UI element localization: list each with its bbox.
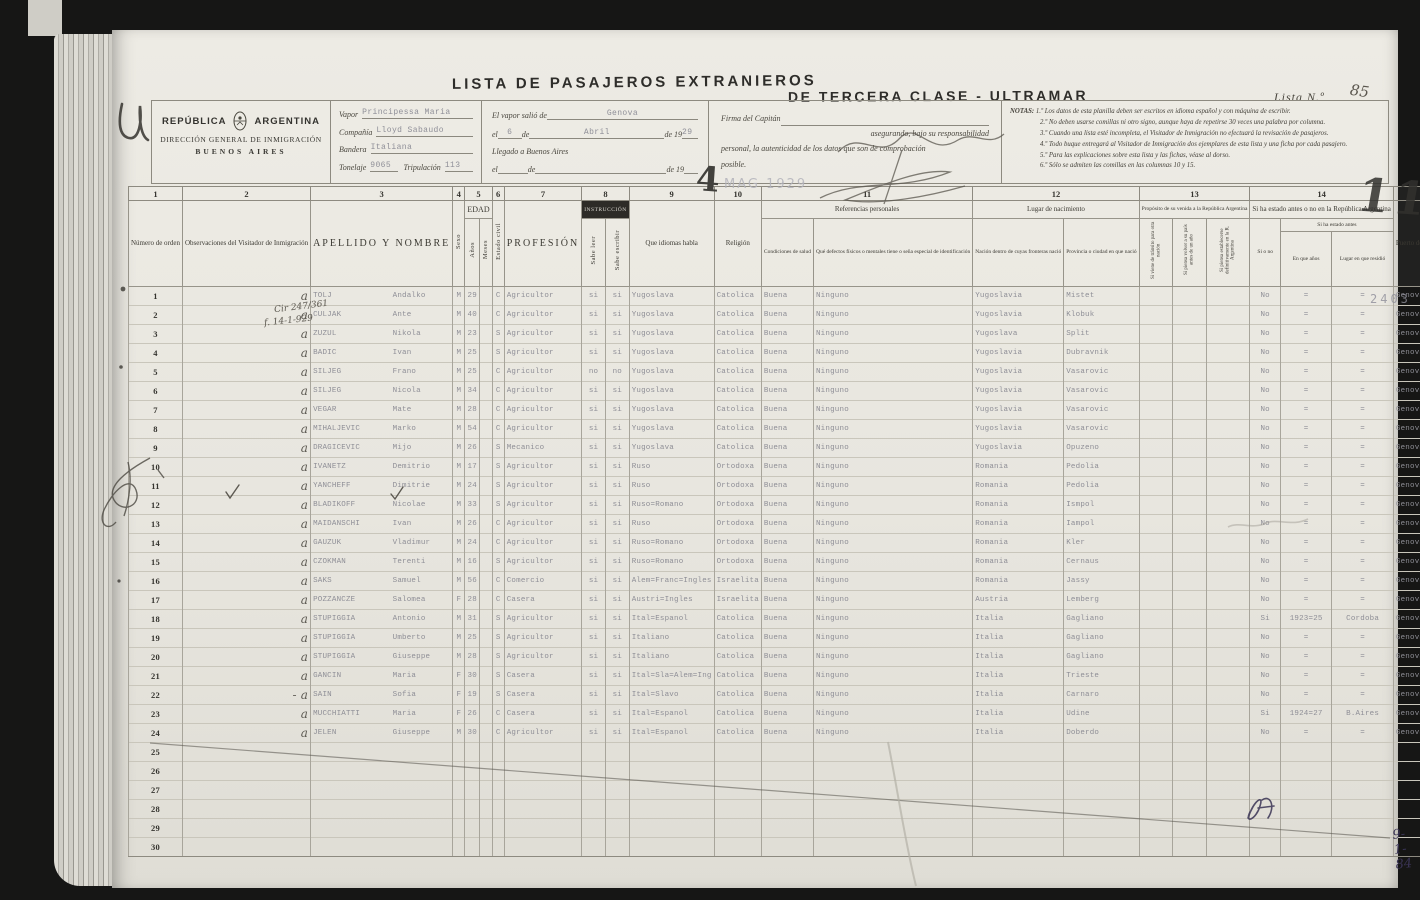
nation-cell: Italia — [973, 724, 1064, 743]
religion-cell — [714, 800, 761, 819]
writes-cell: si — [605, 610, 629, 629]
writes-cell: si — [605, 515, 629, 534]
civil-status-cell: S — [492, 648, 504, 667]
age-years-cell: 25 — [465, 363, 480, 382]
reads-cell: si — [582, 553, 606, 572]
bandera-value: Italiana — [371, 143, 473, 154]
health-cell: Buena — [761, 477, 813, 496]
age-years-cell: 16 — [465, 553, 480, 572]
given-name: Ante — [393, 311, 451, 319]
embark-port-cell: Genova — [1393, 439, 1420, 458]
place-resided-cell — [1332, 762, 1394, 781]
given-name: Maria — [393, 672, 451, 680]
header-meses: Meses — [480, 219, 493, 287]
religion-cell: Catolica — [714, 648, 761, 667]
nation-cell: Yugoslavia — [973, 420, 1064, 439]
purpose-transit-cell — [1139, 610, 1173, 629]
profession-cell: Agricultor — [504, 477, 581, 496]
reads-cell: si — [582, 724, 606, 743]
given-name: Andalko — [393, 292, 451, 300]
purpose-settle-cell — [1206, 762, 1250, 781]
religion-cell: Catolica — [714, 306, 761, 325]
age-months-cell — [480, 686, 493, 705]
sex-cell: M — [453, 382, 465, 401]
sex-cell — [453, 762, 465, 781]
visitor-mark-cell: a — [182, 325, 310, 344]
surname: DRAGICEVIC — [313, 444, 393, 452]
colnum-8: 8 — [582, 187, 629, 201]
header-salud: Condiciones de salud — [761, 219, 813, 287]
languages-cell: Ruso — [629, 458, 714, 477]
header-estado-civil: Estado civil — [492, 201, 504, 287]
been-before-cell: No — [1250, 629, 1281, 648]
reads-cell: si — [582, 515, 606, 534]
vapor-label: Vapor — [339, 110, 358, 119]
profession-cell — [504, 762, 581, 781]
profession-cell — [504, 781, 581, 800]
defects-cell: Ninguno — [813, 629, 972, 648]
been-before-cell: No — [1250, 572, 1281, 591]
purpose-settle-cell — [1206, 610, 1250, 629]
nation-cell: Austria — [973, 591, 1064, 610]
religion-cell: Catolica — [714, 610, 761, 629]
row-number-left: 23 — [129, 705, 183, 724]
purpose-settle-cell — [1206, 648, 1250, 667]
age-months-cell — [480, 591, 493, 610]
languages-cell — [629, 743, 714, 762]
health-cell: Buena — [761, 610, 813, 629]
been-before-cell: No — [1250, 325, 1281, 344]
age-months-cell — [480, 477, 493, 496]
languages-cell: Yugoslava — [629, 344, 714, 363]
tripulacion-label: Tripulación — [403, 163, 440, 172]
table-row: 9 a DRAGICEVIC Mijo M 26 S Mecanico si s… — [129, 439, 1420, 458]
embark-port-cell: Genova — [1393, 363, 1420, 382]
years-before-cell: = — [1280, 401, 1331, 420]
years-before-cell — [1280, 819, 1331, 838]
defects-cell: Ninguno — [813, 572, 972, 591]
purpose-settle-cell — [1206, 325, 1250, 344]
age-months-cell — [480, 819, 493, 838]
name-cell — [311, 819, 453, 838]
purpose-transit-cell — [1139, 667, 1173, 686]
age-months-cell — [480, 743, 493, 762]
health-cell — [761, 838, 813, 857]
birth-city-cell: Vasarovic — [1064, 401, 1139, 420]
embark-port-cell: Genova — [1393, 724, 1420, 743]
nation-cell: Italia — [973, 629, 1064, 648]
purpose-transit-cell — [1139, 591, 1173, 610]
purpose-settle-cell — [1206, 553, 1250, 572]
birth-city-cell: Ismpol — [1064, 496, 1139, 515]
years-before-cell: = — [1280, 724, 1331, 743]
place-resided-cell: = — [1332, 572, 1394, 591]
vapor-value: Principessa Maria — [362, 108, 473, 119]
purpose-transit-cell — [1139, 838, 1173, 857]
purpose-return-cell — [1173, 287, 1207, 306]
years-before-cell: = — [1280, 534, 1331, 553]
visitor-mark-cell: a — [182, 477, 310, 496]
nation-cell: Yugoslavia — [973, 401, 1064, 420]
birth-city-cell: Opuzeno — [1064, 439, 1139, 458]
book-page-edges — [54, 34, 114, 886]
given-name: Sofia — [393, 691, 451, 699]
been-before-cell: No — [1250, 306, 1281, 325]
reads-cell: si — [582, 686, 606, 705]
religion-cell: Catolica — [714, 629, 761, 648]
header-edad: EDAD — [465, 201, 492, 219]
age-months-cell — [480, 800, 493, 819]
defects-cell: Ninguno — [813, 553, 972, 572]
profession-cell: Casera — [504, 686, 581, 705]
purpose-transit-cell — [1139, 572, 1173, 591]
purpose-settle-cell — [1206, 838, 1250, 857]
years-before-cell: = — [1280, 477, 1331, 496]
writes-cell: no — [605, 363, 629, 382]
defects-cell: Ninguno — [813, 534, 972, 553]
purpose-settle-cell — [1206, 401, 1250, 420]
visitor-mark-cell: a — [182, 648, 310, 667]
age-years-cell — [465, 800, 480, 819]
languages-cell: Ital=Sla=Alem=Ing — [629, 667, 714, 686]
sex-cell: M — [453, 629, 465, 648]
years-before-cell: = — [1280, 629, 1331, 648]
place-resided-cell — [1332, 781, 1394, 800]
civil-status-cell: C — [492, 572, 504, 591]
nation-cell: Italia — [973, 667, 1064, 686]
table-row: 16 a SAKS Samuel M 56 C Comercio si si A… — [129, 572, 1420, 591]
reads-cell: si — [582, 401, 606, 420]
languages-cell: Alem=Franc=Ingles — [629, 572, 714, 591]
name-cell: STUPIGGIA Giuseppe — [311, 648, 453, 667]
embark-port-cell — [1393, 781, 1420, 800]
place-resided-cell: = — [1332, 363, 1394, 382]
languages-cell: Ital=Slavo — [629, 686, 714, 705]
purpose-return-cell — [1173, 800, 1207, 819]
lista-number-value-handwritten: 85 — [1349, 81, 1370, 101]
visitor-mark-cell: a — [182, 610, 310, 629]
embark-port-cell: Genova — [1393, 648, 1420, 667]
birth-city-cell: Cernaus — [1064, 553, 1139, 572]
given-name: Giuseppe — [393, 729, 451, 737]
surname: STUPIGGIA — [313, 634, 393, 642]
age-years-cell: 40 — [465, 306, 480, 325]
reads-cell: si — [582, 306, 606, 325]
purpose-transit-cell — [1139, 439, 1173, 458]
religion-cell: Catolica — [714, 287, 761, 306]
row-number-left: 9 — [129, 439, 183, 458]
years-before-cell — [1280, 781, 1331, 800]
purpose-return-cell — [1173, 439, 1207, 458]
writes-cell: si — [605, 629, 629, 648]
purpose-return-cell — [1173, 363, 1207, 382]
profession-cell: Agricultor — [504, 287, 581, 306]
purpose-return-cell — [1173, 762, 1207, 781]
reads-cell: si — [582, 572, 606, 591]
visitor-mark-cell: a — [182, 572, 310, 591]
purpose-transit-cell — [1139, 800, 1173, 819]
languages-cell: Yugoslava — [629, 287, 714, 306]
civil-status-cell: S — [492, 344, 504, 363]
profession-cell: Agricultor — [504, 344, 581, 363]
surname: MAIDANSCHI — [313, 520, 393, 528]
been-before-cell: No — [1250, 420, 1281, 439]
birth-city-cell: Udine — [1064, 705, 1139, 724]
colnum-3: 3 — [311, 187, 453, 201]
table-body: 1 a TOLJ Andalko M 29 C Agricultor si si… — [129, 287, 1420, 857]
colnum-10: 10 — [714, 187, 761, 201]
surname: CZOKMAN — [313, 558, 393, 566]
birth-city-cell: Gagliano — [1064, 629, 1139, 648]
reads-cell: no — [582, 363, 606, 382]
religion-cell: Ortodoxa — [714, 515, 761, 534]
purpose-settle-cell — [1206, 572, 1250, 591]
purpose-return-cell — [1173, 686, 1207, 705]
visitor-mark-cell — [182, 743, 310, 762]
years-before-cell: = — [1280, 382, 1331, 401]
religion-cell: Catolica — [714, 724, 761, 743]
row-number-left: 30 — [129, 838, 183, 857]
writes-cell: si — [605, 287, 629, 306]
scanned-passenger-list: LISTA DE PASAJEROS EXTRANIEROS DE TERCER… — [0, 0, 1420, 900]
age-months-cell — [480, 420, 493, 439]
nation-cell: Yugoslavia — [973, 344, 1064, 363]
writes-cell: si — [605, 306, 629, 325]
table-row: 5 a SILJEG Frano M 25 C Agricultor no no… — [129, 363, 1420, 382]
languages-cell: Yugoslava — [629, 363, 714, 382]
nation-cell — [973, 762, 1064, 781]
languages-cell: Yugoslava — [629, 382, 714, 401]
languages-cell: Austri=Ingles — [629, 591, 714, 610]
place-resided-cell — [1332, 800, 1394, 819]
surname: BLADIKOFF — [313, 501, 393, 509]
defects-cell — [813, 838, 972, 857]
row-number-left: 29 — [129, 819, 183, 838]
name-cell — [311, 838, 453, 857]
profession-cell: Casera — [504, 591, 581, 610]
defects-cell — [813, 743, 972, 762]
purpose-transit-cell — [1139, 648, 1173, 667]
embark-port-cell: Genova — [1393, 705, 1420, 724]
purpose-settle-cell — [1206, 724, 1250, 743]
purpose-transit-cell — [1139, 724, 1173, 743]
defects-cell: Ninguno — [813, 401, 972, 420]
profession-cell: Agricultor — [504, 458, 581, 477]
surname: CULJAK — [313, 311, 393, 319]
defects-cell: Ninguno — [813, 686, 972, 705]
sex-cell: M — [453, 724, 465, 743]
purpose-return-cell — [1173, 553, 1207, 572]
given-name: Samuel — [393, 577, 451, 585]
surname: STUPIGGIA — [313, 653, 393, 661]
nota-4: 4.º Todo buque entregará al Visitador de… — [1010, 140, 1380, 151]
sex-cell — [453, 819, 465, 838]
table-row: 1 a TOLJ Andalko M 29 C Agricultor si si… — [129, 287, 1420, 306]
purpose-return-cell — [1173, 477, 1207, 496]
visitor-mark-cell — [182, 838, 310, 857]
profession-cell: Agricultor — [504, 496, 581, 515]
given-name: Nicola — [393, 387, 451, 395]
header-nacion: Nación dentro de cuyas fronteras nació — [973, 219, 1064, 287]
been-before-cell: No — [1250, 534, 1281, 553]
age-months-cell — [480, 363, 493, 382]
header-sabe-leer: Sabe leer — [582, 219, 606, 287]
header-profesion: PROFESIÓN — [504, 201, 581, 287]
reads-cell — [582, 800, 606, 819]
civil-status-cell — [492, 800, 504, 819]
years-before-cell — [1280, 838, 1331, 857]
sex-cell: M — [453, 439, 465, 458]
nation-cell: Romania — [973, 534, 1064, 553]
age-years-cell: 28 — [465, 648, 480, 667]
colnum-9: 9 — [629, 187, 714, 201]
health-cell: Buena — [761, 439, 813, 458]
purpose-settle-cell — [1206, 534, 1250, 553]
age-months-cell — [480, 458, 493, 477]
profession-cell: Casera — [504, 667, 581, 686]
header-referencias: Referencias personales — [761, 201, 972, 219]
row-number-left: 12 — [129, 496, 183, 515]
age-years-cell: 17 — [465, 458, 480, 477]
purpose-transit-cell — [1139, 458, 1173, 477]
civil-status-cell: C — [492, 534, 504, 553]
sex-cell — [453, 838, 465, 857]
been-before-cell: No — [1250, 553, 1281, 572]
health-cell: Buena — [761, 667, 813, 686]
health-cell: Buena — [761, 344, 813, 363]
row-number-left: 7 — [129, 401, 183, 420]
age-years-cell: 28 — [465, 591, 480, 610]
row-number-left: 26 — [129, 762, 183, 781]
visitor-mark-cell: a — [182, 363, 310, 382]
purpose-transit-cell — [1139, 344, 1173, 363]
colnum-13: 13 — [1139, 187, 1250, 201]
writes-cell — [605, 838, 629, 857]
age-years-cell: 28 — [465, 401, 480, 420]
bandera-label: Bandera — [339, 145, 367, 154]
sex-cell: F — [453, 591, 465, 610]
health-cell: Buena — [761, 553, 813, 572]
purpose-return-cell — [1173, 629, 1207, 648]
name-cell: SAKS Samuel — [311, 572, 453, 591]
surname: ZUZUL — [313, 330, 393, 338]
civil-status-cell — [492, 819, 504, 838]
embark-port-cell: Genova — [1393, 287, 1420, 306]
de192-label: de 19 — [666, 165, 684, 174]
table-row: 20 a STUPIGGIA Giuseppe M 28 S Agriculto… — [129, 648, 1420, 667]
profession-cell: Agricultor — [504, 610, 581, 629]
profession-cell: Agricultor — [504, 629, 581, 648]
surname: MUCCHIATTI — [313, 710, 393, 718]
religion-cell: Catolica — [714, 439, 761, 458]
emblem-block: REPÚBLICA ARGENTINA DIRECCIÓN GENERAL DE… — [151, 100, 331, 184]
age-months-cell — [480, 667, 493, 686]
table-row: 3 a ZUZUL Nikola M 23 S Agricultor si si… — [129, 325, 1420, 344]
birth-city-cell: Doberdo — [1064, 724, 1139, 743]
colnum-1: 1 — [129, 187, 183, 201]
health-cell — [761, 781, 813, 800]
profession-cell: Agricultor — [504, 382, 581, 401]
age-months-cell — [480, 325, 493, 344]
row-number-left: 13 — [129, 515, 183, 534]
table-row: 29 29 — [129, 819, 1420, 838]
writes-cell: si — [605, 458, 629, 477]
purpose-transit-cell — [1139, 363, 1173, 382]
colnum-4: 4 — [453, 187, 465, 201]
age-years-cell: 33 — [465, 496, 480, 515]
languages-cell: Ruso=Romano — [629, 534, 714, 553]
age-months-cell — [480, 838, 493, 857]
nation-cell: Italia — [973, 686, 1064, 705]
writes-cell: si — [605, 420, 629, 439]
embark-port-cell — [1393, 762, 1420, 781]
sex-cell — [453, 743, 465, 762]
civil-status-cell: C — [492, 287, 504, 306]
visitor-mark-cell: a — [182, 344, 310, 363]
profession-cell — [504, 819, 581, 838]
health-cell: Buena — [761, 648, 813, 667]
page-corner-sliver — [28, 0, 62, 36]
table-row: 25 25 — [129, 743, 1420, 762]
writes-cell: si — [605, 496, 629, 515]
age-years-cell: 56 — [465, 572, 480, 591]
writes-cell: si — [605, 724, 629, 743]
defects-cell: Ninguno — [813, 610, 972, 629]
nation-cell — [973, 781, 1064, 800]
name-cell: GANCIN Maria — [311, 667, 453, 686]
purpose-settle-cell — [1206, 667, 1250, 686]
profession-cell: Agricultor — [504, 401, 581, 420]
surname: GAUZUK — [313, 539, 393, 547]
visitor-mark-cell: a — [182, 629, 310, 648]
header-idiomas: Que idiomas habla — [629, 201, 714, 287]
nation-cell: Romania — [973, 496, 1064, 515]
profession-cell: Agricultor — [504, 724, 581, 743]
table-row: 19 a STUPIGGIA Umberto M 25 S Agricultor… — [129, 629, 1420, 648]
purpose-transit-cell — [1139, 762, 1173, 781]
years-before-cell — [1280, 743, 1331, 762]
years-before-cell: 1924=27 — [1280, 705, 1331, 724]
page-title: LISTA DE PASAJEROS EXTRANIEROS — [452, 72, 817, 93]
nota-1: 1.º Los datos de esta planilla deben ser… — [1036, 108, 1291, 115]
nation-cell: Italia — [973, 705, 1064, 724]
nota-3: 3.º Cuando una lista esté incompleta, el… — [1010, 129, 1380, 140]
been-before-cell: No — [1250, 363, 1281, 382]
civil-status-cell: S — [492, 458, 504, 477]
health-cell: Buena — [761, 534, 813, 553]
purpose-transit-cell — [1139, 819, 1173, 838]
nation-cell: Italia — [973, 648, 1064, 667]
age-years-cell — [465, 781, 480, 800]
nota-5: 5.º Para las explicaciones sobre esta li… — [1010, 151, 1380, 162]
years-before-cell: = — [1280, 420, 1331, 439]
civil-status-cell: C — [492, 515, 504, 534]
visitor-mark-cell: a — [182, 496, 310, 515]
civil-status-cell: S — [492, 325, 504, 344]
defects-cell: Ninguno — [813, 477, 972, 496]
surname: TOLJ — [313, 292, 393, 300]
name-cell: YANCHEFF Dimitrie — [311, 477, 453, 496]
reads-cell: si — [582, 534, 606, 553]
profession-cell: Comercio — [504, 572, 581, 591]
age-years-cell: 24 — [465, 534, 480, 553]
sailing-block: El vapor salió deGenova el6 deAbril de 1… — [481, 100, 709, 184]
religion-cell: Catolica — [714, 363, 761, 382]
languages-cell — [629, 819, 714, 838]
row-number-left: 6 — [129, 382, 183, 401]
birth-city-cell — [1064, 781, 1139, 800]
ship-fields-block: VaporPrincipessa Maria CompañíaLloyd Sab… — [330, 100, 482, 184]
